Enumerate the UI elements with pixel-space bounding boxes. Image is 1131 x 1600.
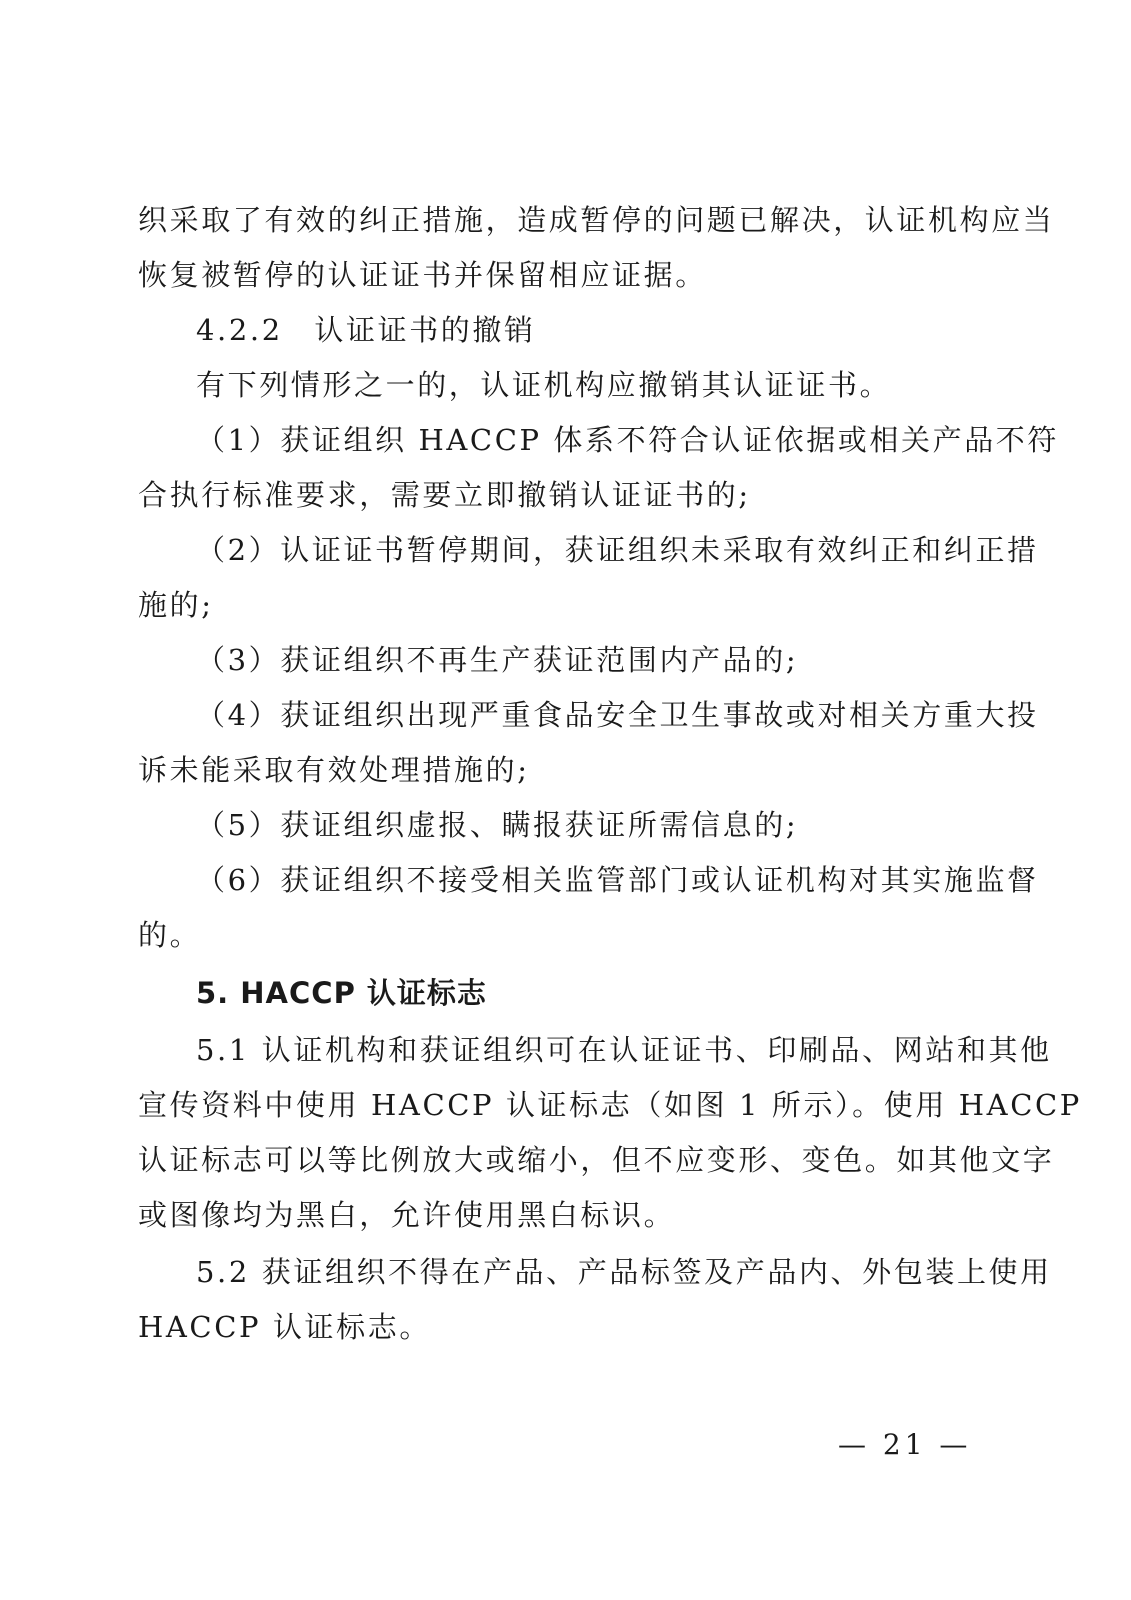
list-item-6: （6）获证组织不接受相关监管部门或认证机构对其实施监督 bbox=[196, 860, 1039, 900]
list-item-3: （3）获证组织不再生产获证范围内产品的; bbox=[196, 640, 798, 680]
paragraph-line: 恢复被暂停的认证证书并保留相应证据。 bbox=[138, 255, 707, 295]
paragraph-line: 认证标志可以等比例放大或缩小，但不应变形、变色。如其他文字 bbox=[138, 1140, 1054, 1180]
paragraph-line: 合执行标准要求，需要立即撤销认证证书的; bbox=[138, 475, 751, 515]
list-item-4: （4）获证组织出现严重食品安全卫生事故或对相关方重大投 bbox=[196, 695, 1039, 735]
paragraph-line: HACCP 认证标志。 bbox=[138, 1307, 431, 1347]
paragraph-line: 的。 bbox=[138, 915, 201, 955]
paragraph-line: 织采取了有效的纠正措施，造成暂停的问题已解决，认证机构应当 bbox=[138, 200, 1054, 240]
page-number: — 21 — bbox=[838, 1428, 971, 1461]
paragraph-line: 或图像均为黑白，允许使用黑白标识。 bbox=[138, 1195, 675, 1235]
paragraph-line: 有下列情形之一的，认证机构应撤销其认证证书。 bbox=[196, 365, 891, 405]
list-item-1: （1）获证组织 HACCP 体系不符合认证依据或相关产品不符 bbox=[196, 420, 1059, 460]
paragraph-line: 宣传资料中使用 HACCP 认证标志（如图 1 所示）。使用 HACCP bbox=[138, 1085, 1082, 1125]
paragraph-line: 诉未能采取有效处理措施的; bbox=[138, 750, 530, 790]
paragraph-line: 施的; bbox=[138, 585, 214, 625]
section-heading-5: 5. HACCP 认证标志 bbox=[196, 973, 487, 1013]
section-heading-4-2-2: 4.2.2 认证证书的撤销 bbox=[196, 310, 536, 350]
list-item-5: （5）获证组织虚报、瞒报获证所需信息的; bbox=[196, 805, 798, 845]
paragraph-5-1: 5.1 认证机构和获证组织可在认证证书、印刷品、网站和其他 bbox=[196, 1030, 1052, 1070]
list-item-2: （2）认证证书暂停期间，获证组织未采取有效纠正和纠正措 bbox=[196, 530, 1039, 570]
paragraph-5-2: 5.2 获证组织不得在产品、产品标签及产品内、外包装上使用 bbox=[196, 1252, 1052, 1292]
